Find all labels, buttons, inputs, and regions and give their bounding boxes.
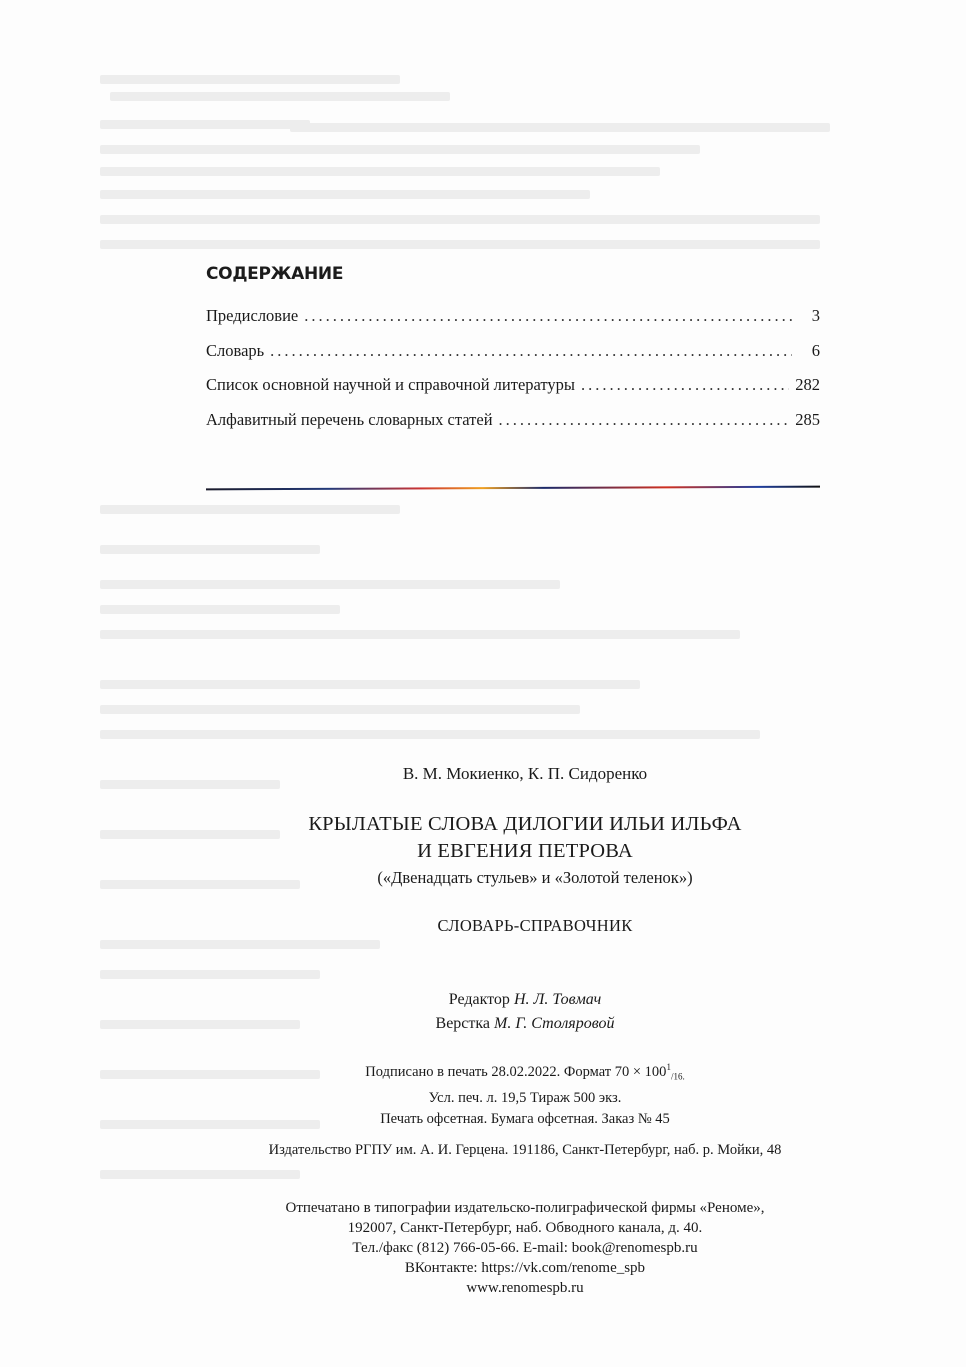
printer-contact[interactable]: Тел./факс (812) 766-05-66. E-mail: book@… (42, 1238, 966, 1258)
table-of-contents: СОДЕРЖАНИЕ Предисловие .................… (206, 264, 820, 444)
book-title-line-2: И ЕВГЕНИЯ ПЕТРОВА (42, 838, 966, 865)
toc-page-number: 3 (798, 306, 820, 326)
imprint-signed-line: Подписано в печать 28.02.2022. Формат 70… (42, 1057, 966, 1088)
toc-leader-dots: ........................................… (581, 375, 789, 395)
format-sup: 1 (666, 1062, 671, 1072)
toc-entry-label: Предисловие (206, 306, 298, 326)
printer-info: Отпечатано в типографии издательско-поли… (42, 1198, 966, 1298)
toc-page-number: 282 (795, 375, 820, 395)
book-title-line-1: КРЫЛАТЫЕ СЛОВА ДИЛОГИИ ИЛЬИ ИЛЬФА (42, 811, 966, 838)
printer-address: 192007, Санкт-Петербург, наб. Обводного … (42, 1218, 966, 1238)
toc-leader-dots: ........................................… (499, 410, 790, 430)
toc-leader-dots: ........................................… (270, 341, 792, 361)
printer-vk-link[interactable]: ВКонтакте: https://vk.com/renome_spb (42, 1258, 966, 1278)
editor-name: Н. Л. Товмач (514, 991, 601, 1008)
book-authors: В. М. Мокиенко, К. П. Сидоренко (42, 764, 966, 784)
toc-entry-dictionary[interactable]: Словарь ................................… (206, 341, 820, 376)
editor-label: Редактор (449, 991, 510, 1008)
toc-entry-index[interactable]: Алфавитный перечень словарных статей ...… (206, 410, 820, 445)
editor-credit: Редактор Н. Л. Товмач (42, 988, 966, 1012)
toc-entry-label: Алфавитный перечень словарных статей (206, 410, 493, 430)
toc-heading: СОДЕРЖАНИЕ (206, 264, 820, 284)
credits: Редактор Н. Л. Товмач Верстка М. Г. Стол… (42, 988, 966, 1036)
toc-entry-preface[interactable]: Предисловие ............................… (206, 306, 820, 341)
printer-line-1: Отпечатано в типографии издательско-поли… (42, 1198, 966, 1218)
layout-name: М. Г. Столяровой (494, 1015, 614, 1032)
toc-entry-label: Словарь (206, 341, 264, 361)
printer-website-link[interactable]: www.renomespb.ru (42, 1278, 966, 1298)
toc-entry-label: Список основной научной и справочной лит… (206, 375, 575, 395)
imprint-details: Подписано в печать 28.02.2022. Формат 70… (42, 1057, 966, 1130)
publisher-info: Издательство РГПУ им. А. И. Герцена. 191… (42, 1142, 966, 1159)
layout-label: Верстка (436, 1015, 491, 1032)
book-subtitle: («Двенадцать стульев» и «Золотой теленок… (52, 868, 966, 888)
toc-entry-literature[interactable]: Список основной научной и справочной лит… (206, 375, 820, 410)
book-title: КРЫЛАТЫЕ СЛОВА ДИЛОГИИ ИЛЬИ ИЛЬФА И ЕВГЕ… (42, 811, 966, 865)
toc-page-number: 285 (795, 410, 820, 430)
imprint-signed-text: Подписано в печать 28.02.2022. Формат 70… (365, 1064, 666, 1080)
imprint-print-sheets: Усл. печ. л. 19,5 Тираж 500 экз. (42, 1088, 966, 1109)
format-sub: /16. (671, 1072, 685, 1082)
toc-page-number: 6 (798, 341, 820, 361)
imprint-order: Печать офсетная. Бумага офсетная. Заказ … (42, 1109, 966, 1130)
toc-leader-dots: ........................................… (304, 306, 792, 326)
divider-rule (206, 486, 820, 491)
layout-credit: Верстка М. Г. Столяровой (42, 1012, 966, 1036)
show-through-background (0, 0, 966, 1367)
book-genre: СЛОВАРЬ-СПРАВОЧНИК (52, 916, 966, 936)
